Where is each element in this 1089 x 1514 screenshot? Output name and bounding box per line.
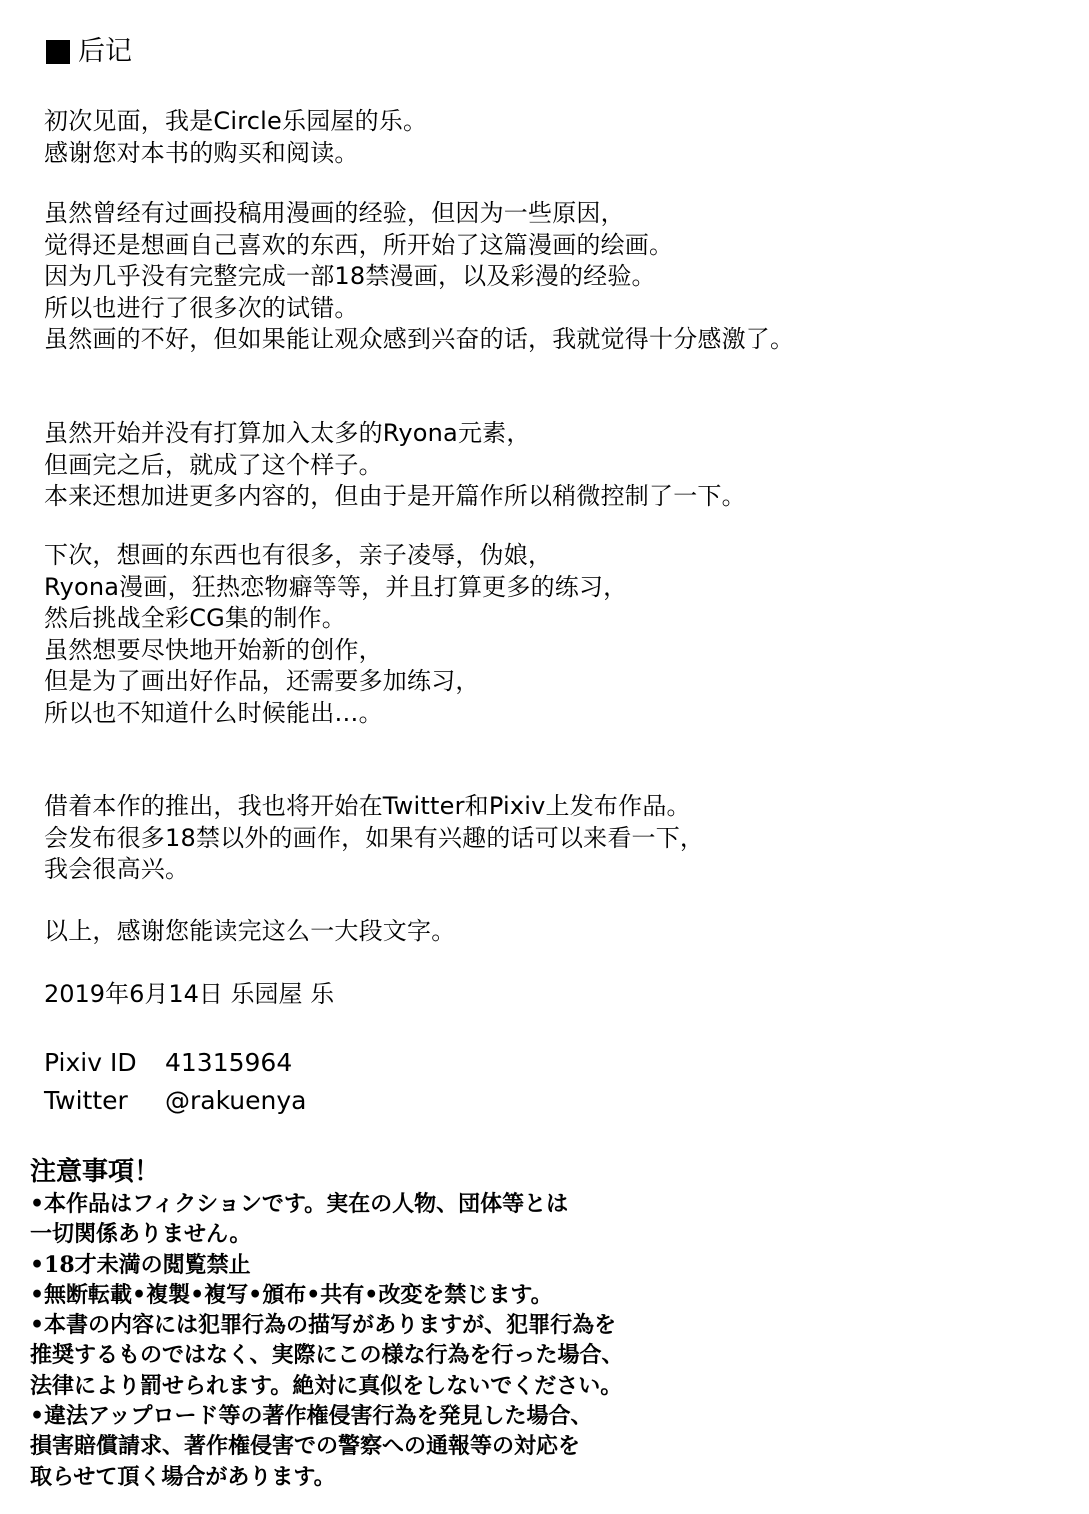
notice-line: •違法アップロード等の著作権侵害行為を発見した場合、 [30,1401,624,1431]
text-line: 然后挑战全彩CG集的制作。 [44,603,627,635]
notice-section: 注意事項！ •本作品はフィクションです。実在の人物、団体等とは 一切関係ありませ… [30,1155,624,1492]
text-line: 会发布很多18禁以外的画作，如果有兴趣的话可以来看一下， [44,823,704,855]
notice-line: •18才未満の閲覧禁止 [30,1250,624,1280]
notice-line: 法律により罰せられます。絶対に真似をしないでください。 [30,1371,624,1401]
paragraph-ryona: 虽然开始并没有打算加入太多的Ryona元素， 但画完之后，就成了这个样子。 本来… [44,418,746,513]
text-line: 虽然曾经有过画投稿用漫画的经验，但因为一些原因， [44,198,794,230]
paragraph-next-plans: 下次，想画的东西也有很多，亲子凌辱，伪娘， Ryona漫画，狂热恋物癖等等，并且… [44,540,627,729]
paragraph-thanks: 以上，感谢您能读完这么一大段文字。 [44,916,455,948]
notice-line: 一切関係ありません。 [30,1219,624,1249]
notice-line: •無断転載•複製•複写•頒布•共有•改変を禁じます。 [30,1280,624,1310]
notice-line: •本作品はフィクションです。実在の人物、団体等とは [30,1189,624,1219]
paragraph-social: 借着本作的推出，我也将开始在Twitter和Pixiv上发布作品。 会发布很多1… [44,791,704,886]
text-line: 借着本作的推出，我也将开始在Twitter和Pixiv上发布作品。 [44,791,704,823]
text-line: 觉得还是想画自己喜欢的东西，所开始了这篇漫画的绘画。 [44,230,794,262]
notice-line: 損害賠償請求、著作権侵害での警察への通報等の対応を [30,1431,624,1461]
notice-line: 推奨するものではなく、実際にこの様な行為を行った場合、 [30,1340,624,1370]
afterword-heading: 后记 [46,34,132,70]
text-line: 我会很高兴。 [44,854,704,886]
notice-line: •本書の内容には犯罪行為の描写がありますが、犯罪行為を [30,1310,624,1340]
paragraph-experience: 虽然曾经有过画投稿用漫画的经验，但因为一些原因， 觉得还是想画自己喜欢的东西，所… [44,198,794,356]
text-line: Ryona漫画，狂热恋物癖等等，并且打算更多的练习， [44,572,627,604]
text-line: 虽然想要尽快地开始新的创作， [44,635,627,667]
text-line: 所以也进行了很多次的试错。 [44,293,794,325]
contact-label: Twitter [44,1082,165,1120]
signature-date: 2019年6月14日 乐园屋 乐 [44,975,334,1013]
notice-title: 注意事項！ [30,1155,624,1189]
contact-value: 41315964 [165,1044,292,1082]
text-line: 虽然开始并没有打算加入太多的Ryona元素， [44,418,746,450]
afterword-title: 后记 [78,34,132,70]
contact-value: @rakuenya [165,1082,307,1120]
contact-info: Pixiv ID 41315964 Twitter @rakuenya [44,1044,307,1120]
text-line: 所以也不知道什么时候能出…。 [44,698,627,730]
paragraph-greeting: 初次见面，我是Circle乐园屋的乐。 感谢您对本书的购买和阅读。 [44,106,427,169]
text-line: 本来还想加进更多内容的，但由于是开篇作所以稍微控制了一下。 [44,481,746,513]
text-line: 因为几乎没有完整完成一部18禁漫画，以及彩漫的经验。 [44,261,794,293]
black-square-icon [46,40,70,64]
text-line: 以上，感谢您能读完这么一大段文字。 [44,916,455,948]
text-line: 下次，想画的东西也有很多，亲子凌辱，伪娘， [44,540,627,572]
text-line: 感谢您对本书的购买和阅读。 [44,138,427,170]
contact-twitter: Twitter @rakuenya [44,1082,307,1120]
notice-line: 取らせて頂く場合があります。 [30,1462,624,1492]
text-line: 但是为了画出好作品，还需要多加练习， [44,666,627,698]
text-line: 初次见面，我是Circle乐园屋的乐。 [44,106,427,138]
text-line: 但画完之后，就成了这个样子。 [44,450,746,482]
text-line: 虽然画的不好，但如果能让观众感到兴奋的话，我就觉得十分感激了。 [44,324,794,356]
contact-pixiv: Pixiv ID 41315964 [44,1044,307,1082]
contact-label: Pixiv ID [44,1044,165,1082]
